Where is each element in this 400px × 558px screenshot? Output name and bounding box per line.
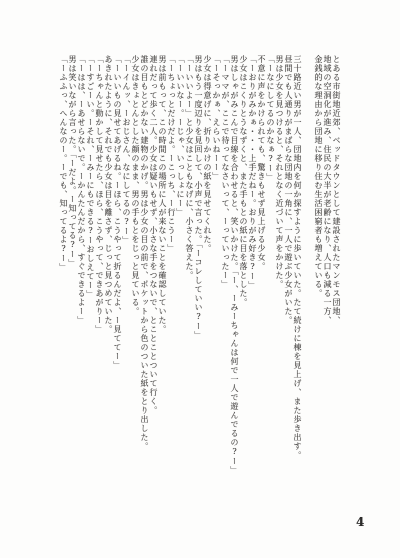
text-column: 「ーちゃんと動かして見せたら、ほら、こうやって、できあがりー」 bbox=[95, 55, 104, 334]
text-column: 金銭的な理由から団地に移り住む生活困窮者も増えている。 bbox=[314, 55, 323, 298]
text-column: 男は笑いながら言った。「ーだよ。ー知ってる?ー」 bbox=[68, 55, 77, 268]
text-column: 昼間でも人通りがまばらな団地の一角に、一人で遊ぶ少女がいた。 bbox=[284, 55, 293, 325]
text-column: 「ーイんッ、ーおじさん、なにしてるの?ー」 bbox=[122, 55, 131, 245]
text-column: 「ーふふっ、へんなのー。ーでも、知ってるよ?ー」 bbox=[59, 55, 68, 272]
text-column: 少女はきょとんとした顔のまま、男の手もとをじっと見ている。 bbox=[131, 55, 140, 316]
text-column: 男はもう一度辺りを見回して、小声で言った。「ーコレしていい?ー」 bbox=[194, 55, 203, 340]
text-column: 「ーいいなー。ーじゃ、いっしょにー」 bbox=[176, 55, 185, 217]
page-number: 4 bbox=[356, 515, 364, 529]
text-column: 不意に声をかけられても、驚きもせず見上げる少女。 bbox=[257, 55, 266, 271]
text-column: あきれたように、それでも少女は目を離さず、じっと見つめていた。 bbox=[104, 55, 113, 334]
text-column: 「ーいいもの見せてあげるね。ーほら、こうやって折るんだよ、ー見ててー」 bbox=[113, 55, 122, 370]
text-column: 「ーちょっとだけだよ。ーこっち、ー行こうー」 bbox=[167, 55, 176, 253]
text-column: 「ーそっかぁ、えらいねーー」 bbox=[212, 55, 221, 181]
text-column: 少女はこくりとうなずくと、また手もとの紙に目を落とした。 bbox=[239, 55, 248, 307]
text-column: 少女は得意げに、折りかけの紙を見せてくれた。 bbox=[203, 55, 212, 253]
text-column: 「ーはは、ーあせらないで。ーかんたんだから、すぐできるよー」 bbox=[77, 55, 86, 325]
text-column: とある市街地近郊、ベッドタウンとして建設されたマンモス団地、 bbox=[332, 55, 341, 325]
text-column: 「ーおりがみかぁ・・・上手だねー。おりがみ好き?ー」 bbox=[248, 55, 257, 290]
text-column: 男は少女を見つけると、それとなく近づいて声をかけた。 bbox=[275, 55, 284, 289]
text-column: 三十路近い男が一人、団地内を何か探すように歩いていた。たて続けに棟を見上げ、また… bbox=[293, 55, 302, 460]
text-column: 男はしゃがみこんで目線を合わせると、笑いかけた。「ー、ーみーちゃんは何で一人で遊… bbox=[230, 55, 239, 475]
text-column: 「ーママが、ここで待ってなさいって、ーっていったー」 bbox=[221, 55, 230, 289]
text-column: 地域の空洞化が進み、住民の大半が老齢になり、人口も減る一方、 bbox=[323, 55, 332, 325]
text-column: 「ーなにしてるのかなぁ?ー」 bbox=[266, 55, 275, 182]
text-column: 「ーいいよー」と少女はこともなげに、小さく答えた。 bbox=[185, 55, 194, 280]
text-column: 連れだって歩く二人。少女は疑いもせず、小さな手をつないで、とことことついて行く。 bbox=[149, 55, 158, 415]
text-column: 誰の目もとどかない建物のかげ。男は少女の目の前で、ポケットから色のついた紙をとり… bbox=[140, 55, 149, 451]
text-column: 男は前もって、この時間この場所に人が来ないことを確認していた。 bbox=[158, 55, 167, 334]
scanned-book-page: とある市街地近郊、ベッドタウンとして建設されたマンモス団地、地域の空洞化が進み、… bbox=[0, 0, 400, 558]
text-column: 「ーすごーい。ーそれ、ーみーにもできる?ーおしえてー」 bbox=[86, 55, 95, 299]
